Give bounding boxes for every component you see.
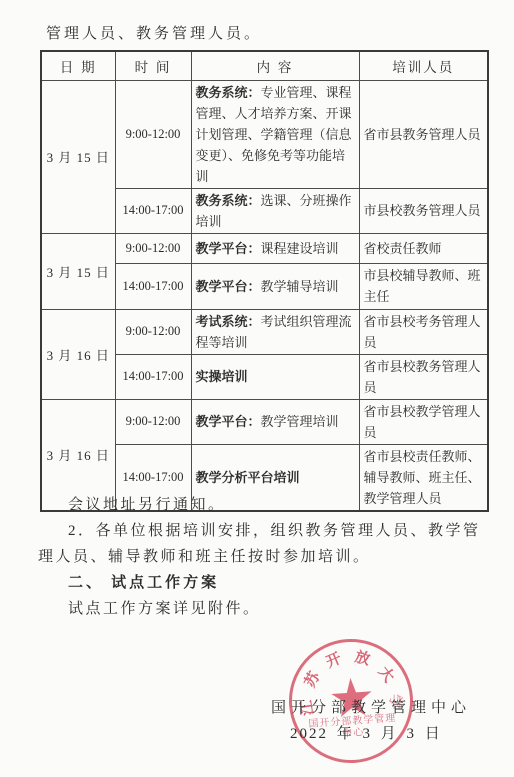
header-cell-time: 时 间 <box>115 51 191 80</box>
content-text: 课程建设培训 <box>261 241 339 256</box>
stamp-arc-char: 放 <box>353 645 373 669</box>
signature-org: 国开分部教学管理中心 <box>271 696 471 717</box>
content-cell: 教学平台：教学辅导培训 <box>191 263 359 309</box>
content-bold-text: 教学平台： <box>196 414 261 429</box>
paragraph-item2: 2．各单位根据培训安排，组织教务管理人员、教学管理人员、辅导教师和班主任按时参加… <box>38 518 493 570</box>
training-schedule-table: 日 期 时 间 内 容 培训人员 3 月 15 日 9:00-12:00 教务系… <box>40 50 489 512</box>
time-cell: 14:00-17:00 <box>115 354 191 399</box>
content-bold-text: 实操培训 <box>196 369 248 384</box>
date-cell: 3 月 15 日 <box>41 233 115 309</box>
section-heading: 二、 试点工作方案 <box>38 570 493 596</box>
content-bold-text: 教学分析平台培训 <box>196 470 300 485</box>
content-text: 教学辅导培训 <box>261 279 339 294</box>
date-cell: 3 月 15 日 <box>41 80 115 233</box>
content-cell: 教务系统：选课、分班操作培训 <box>191 188 359 233</box>
table-row: 3 月 15 日 9:00-12:00 教务系统：专业管理、课程管理、人才培养方… <box>41 80 488 188</box>
header-cell-date: 日 期 <box>41 51 115 80</box>
stamp-arc-char: 苏 <box>299 668 325 691</box>
time-cell: 9:00-12:00 <box>115 80 191 188</box>
content-cell: 教务系统：专业管理、课程管理、人才培养方案、开课计划管理、学籍管理（信息变更）、… <box>191 80 359 188</box>
content-bold-text: 教学平台： <box>196 279 261 294</box>
content-bold-text: 教务系统： <box>196 85 261 100</box>
time-cell: 9:00-12:00 <box>115 399 191 444</box>
content-text: 教学管理培训 <box>261 414 339 429</box>
paragraph-attachment: 试点工作方案详见附件。 <box>38 596 493 622</box>
content-cell: 考试系统：考试组织管理流程等培训 <box>191 309 359 354</box>
stamp-arc-char: 大 <box>374 662 400 687</box>
signature-date: 2022 年 3 月 3 日 <box>290 722 442 743</box>
time-cell: 14:00-17:00 <box>115 263 191 309</box>
table-row: 3 月 15 日 9:00-12:00 教学平台：课程建设培训 省校责任教师 <box>41 233 488 263</box>
personnel-cell: 省市县校教务管理人员 <box>359 354 488 399</box>
table-header-row: 日 期 时 间 内 容 培训人员 <box>41 51 488 80</box>
personnel-cell: 省校责任教师 <box>359 233 488 263</box>
paragraph-notice: 会议地址另行通知。 <box>38 492 493 518</box>
personnel-cell: 省市县教务管理人员 <box>359 80 488 188</box>
date-cell: 3 月 16 日 <box>41 309 115 399</box>
content-cell: 教学平台：课程建设培训 <box>191 233 359 263</box>
time-cell: 9:00-12:00 <box>115 233 191 263</box>
personnel-cell: 省市县校考务管理人员 <box>359 309 488 354</box>
time-cell: 14:00-17:00 <box>115 188 191 233</box>
intro-line: 管理人员、教务管理人员。 <box>46 22 262 43</box>
body-text-block: 会议地址另行通知。 2．各单位根据培训安排，组织教务管理人员、教学管理人员、辅导… <box>38 492 493 622</box>
content-bold-text: 教学平台： <box>196 241 261 256</box>
personnel-cell: 市县校教务管理人员 <box>359 188 488 233</box>
content-bold-text: 教务系统： <box>196 193 261 208</box>
content-cell: 教学平台：教学管理培训 <box>191 399 359 444</box>
personnel-cell: 市县校辅导教师、班主任 <box>359 263 488 309</box>
header-cell-content: 内 容 <box>191 51 359 80</box>
personnel-cell: 省市县校教学管理人员 <box>359 399 488 444</box>
stamp-arc-char: 开 <box>322 647 344 672</box>
header-cell-personnel: 培训人员 <box>359 51 488 80</box>
table-row: 3 月 16 日 9:00-12:00 考试系统：考试组织管理流程等培训 省市县… <box>41 309 488 354</box>
document-page: 管理人员、教务管理人员。 日 期 时 间 内 容 培训人员 3 月 15 日 9… <box>0 0 514 777</box>
table-row: 3 月 16 日 9:00-12:00 教学平台：教学管理培训 省市县校教学管理… <box>41 399 488 444</box>
time-cell: 9:00-12:00 <box>115 309 191 354</box>
content-bold-text: 考试系统： <box>196 314 261 329</box>
content-cell: 实操培训 <box>191 354 359 399</box>
